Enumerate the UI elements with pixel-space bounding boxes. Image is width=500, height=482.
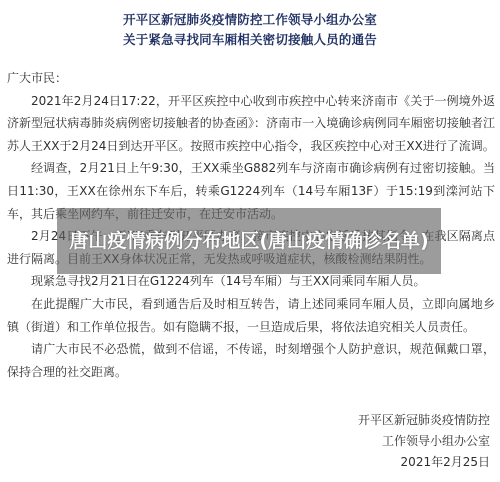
salutation: 广大市民： xyxy=(7,67,495,90)
signature-org-line2: 工作领导小组办公室 xyxy=(358,431,490,452)
issuing-office-title: 开平区新冠肺炎疫情防控工作领导小组办公室 xyxy=(0,10,500,30)
overlay-caption: 唐山疫情病例分布地区(唐山疫情确诊名单) xyxy=(61,229,436,253)
signature-org-line1: 开平区新冠肺炎疫情防控 xyxy=(358,410,490,431)
notice-header: 开平区新冠肺炎疫情防控工作领导小组办公室 关于紧急寻找同车厢相关密切接触人员的通… xyxy=(0,10,500,50)
notice-title: 关于紧急寻找同车厢相关密切接触人员的通告 xyxy=(0,30,500,50)
signature-date: 2021年2月25日 xyxy=(358,452,490,473)
paragraph-public-advice: 请广大市民不必恐慌，做到不信谣，不传谣，时刻增强个人防护意识，规范佩戴口罩，保持… xyxy=(7,338,495,383)
caption-overlay: 唐山疫情病例分布地区(唐山疫情确诊名单) xyxy=(57,208,441,274)
paragraph-reporting-reminder: 在此提醒广大市民，看到通告后及时相互转告，请上述同乘同车厢人员，立即向属地乡镇（… xyxy=(7,293,495,338)
paragraph-letter-received: 2021年2月24日17:22，开平区疾控中心收到市疾控中心转来济南市《关于一例… xyxy=(7,90,495,158)
signature-block: 开平区新冠肺炎疫情防控 工作领导小组办公室 2021年2月25日 xyxy=(358,410,490,473)
